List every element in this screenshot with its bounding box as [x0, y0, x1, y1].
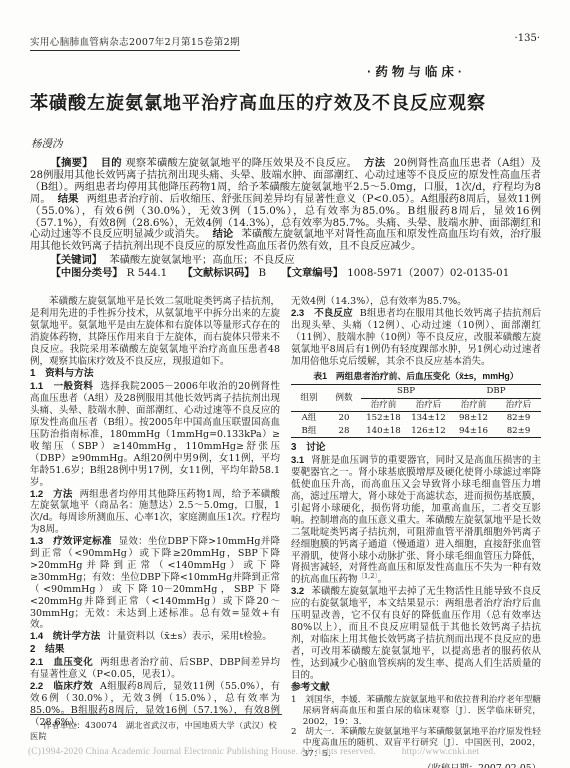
paragraph-2-2-lead: 2.2 临床疗效	[30, 681, 93, 692]
abstract-label: 【摘要】	[51, 158, 93, 169]
col-header-dbp: DBP	[451, 385, 541, 399]
clc-number: R 544.1	[127, 267, 168, 279]
paragraph-1-3-lead: 1.3 疗效评定标准	[30, 536, 112, 547]
article-id: 1008-5971（2007）02-0135-01	[347, 267, 509, 279]
cnki-copyright-footer: (C)1994-2020 China Academic Journal Elec…	[28, 747, 544, 757]
table-row: B组 28 140±18 126±12 94±16 82±9	[291, 425, 541, 438]
paragraph-2-3: 2.3 不良反应B组患者均在服用其他长效钙离子拮抗剂后出现头晕、头痛（12例）、…	[291, 308, 541, 368]
received-date: （收稿日期：2007-02-05）	[291, 763, 541, 768]
paragraph-3-1-text: 肾脏是血压调节的重要器官，同时又是高血压损害的主要靶器官之一。肾小球基底膜增厚及…	[291, 455, 541, 585]
paragraph-1-4-lead: 1.4 统计学方法	[30, 631, 100, 642]
methods-label: 方法	[364, 158, 385, 169]
left-column: 苯磺酸左旋氨氯地平是长效二氢吡啶类钙离子拮抗剂，是利用先进的手性拆分技术，从氨氯…	[30, 296, 280, 768]
col-header-n: 例数	[327, 385, 361, 412]
table-row: A组 20 152±18 134±12 98±12 82±9	[291, 412, 541, 425]
paragraph-1-1: 1.1 一般资料选择我院2005－2006年收治的20例肾性高血压患者（A组）及…	[30, 381, 280, 488]
reference-item: 1 刘国华，李媛．苯磺酸左旋氨氯地平和依拉普利治疗老年型糖尿病肾病高血压和蛋白尿…	[291, 695, 541, 727]
references-heading: 参考文献	[291, 682, 541, 694]
table-caption: 表1 两组患者治疗前、后血压变化（x̄±s，mmHg）	[291, 371, 541, 383]
cell-n-a: 20	[327, 412, 361, 425]
clc-label: 【中图分类号】	[51, 268, 123, 279]
paragraph-1-2-lead: 1.2 方法	[30, 489, 73, 500]
cell-group-a: A组	[291, 412, 327, 425]
doc-code-label: 【文献标识码】	[182, 268, 254, 279]
paragraph-3-2: 3.2苯磺酸左旋氨氯地平去掉了无生物活性且能导致不良反应的右旋氨氯地平，本文结果…	[291, 586, 541, 681]
journal-scan-page: 实用心脑肺血管病杂志2007年2月第15卷第2期 ·135· ·药物与临床· 苯…	[0, 0, 570, 768]
paragraph-3-1-lead: 3.1	[291, 455, 304, 466]
cell-dbp-pre-a: 98±12	[451, 412, 496, 425]
col-header-sbp-pre: 治疗前	[361, 398, 406, 412]
author-name: 杨漫沩	[31, 136, 63, 151]
abstract-paragraph: 【摘要】目的 观察苯磺酸左旋氨氯地平的降压效果及不良反应。方法 20例肾性高血压…	[30, 158, 541, 253]
section-column-label: ·药物与临床·	[367, 62, 466, 80]
paragraph-1-3-text: 显效：坐位DBP下降>10mmHg并降到正常（<90mmHg）或下降≥20mmH…	[30, 536, 280, 630]
col-header-dbp-pre: 治疗前	[451, 398, 496, 412]
cell-dbp-post-b: 82±9	[496, 425, 541, 438]
col-header-sbp: SBP	[361, 385, 451, 399]
table-header-row-1: 组别 例数 SBP DBP	[291, 385, 541, 399]
paragraph-3-1-end: 。	[378, 574, 388, 585]
abstract-objective: 观察苯磺酸左旋氨氯地平的降压效果及不良反应。	[125, 157, 357, 169]
journal-name: 实用心脑肺血管病杂志2007年2月第15卷第2期	[30, 34, 240, 51]
intro-paragraph: 苯磺酸左旋氨氯地平是长效二氢吡啶类钙离子拮抗剂，是利用先进的手性拆分技术，从氨氯…	[30, 296, 280, 367]
article-title: 苯磺酸左旋氨氯地平治疗高血压的疗效及不良反应观察	[30, 89, 550, 115]
paragraph-3-2-text: 苯磺酸左旋氨氯地平去掉了无生物活性且能导致不良反应的右旋氨氯地平，本文结果显示：…	[291, 586, 541, 680]
objective-label: 目的	[101, 158, 122, 169]
paragraph-2-1: 2.1 血压变化两组患者治疗前、后SBP、DBP间差异均有显著性意义（P<0.0…	[30, 657, 280, 681]
body-columns: 苯磺酸左旋氨氯地平是长效二氢吡啶类钙离子拮抗剂，是利用先进的手性拆分技术，从氨氯…	[30, 296, 541, 768]
paragraph-2-1-lead: 2.1 血压变化	[30, 657, 93, 668]
conclusion-label: 结论	[213, 229, 234, 240]
col-header-dbp-post: 治疗后	[496, 398, 541, 412]
section-heading-2: 2 结果	[30, 644, 280, 656]
paragraph-3-1: 3.1肾脏是血压调节的重要器官，同时又是高血压损害的主要靶器官之一。肾小球基底膜…	[291, 455, 541, 586]
cell-sbp-pre-a: 152±18	[361, 412, 406, 425]
section-heading-3: 3 讨论	[291, 442, 541, 454]
cell-sbp-post-b: 126±12	[406, 425, 451, 438]
cell-n-b: 28	[327, 425, 361, 438]
page-number: ·135·	[515, 33, 540, 44]
right-column: 无效4例（14.3%），总有效率为85.7%。 2.3 不良反应B组患者均在服用…	[291, 296, 541, 768]
citation-superscript: 〔1,2〕	[358, 572, 378, 580]
cell-dbp-post-a: 82±9	[496, 412, 541, 425]
results-label: 结果	[58, 194, 79, 205]
paragraph-1-2: 1.2 方法两组患者均停用其他降压药物1周，给予苯磺酸左旋氨氯地平（商品名：施慧…	[30, 489, 280, 537]
section-heading-1: 1 资料与方法	[30, 368, 280, 380]
col-header-group: 组别	[291, 385, 327, 412]
author-affiliation-footnote: 作者单位：430074 湖北省武汉市，中国地质大学（武汉）校医院	[30, 714, 282, 742]
keywords-line: 【关键词】 苯磺酸左旋氨氯地平；高血压；不良反应	[30, 255, 541, 267]
paragraph-1-3: 1.3 疗效评定标准显效：坐位DBP下降>10mmHg并降到正常（<90mmHg…	[30, 536, 280, 631]
keywords-label: 【关键词】	[51, 255, 102, 266]
doc-code: B	[259, 267, 267, 279]
paragraph-3-2-lead: 3.2	[291, 586, 304, 597]
cell-dbp-pre-b: 94±16	[451, 425, 496, 438]
cell-sbp-pre-b: 140±18	[361, 425, 406, 438]
cnki-url: http://www.cnki.net	[402, 747, 480, 757]
keywords-text: 苯磺酸左旋氨氯地平；高血压；不良反应	[109, 254, 294, 266]
copyright-text: (C)1994-2020 China Academic Journal Elec…	[28, 747, 376, 757]
abstract-block: 【摘要】目的 观察苯磺酸左旋氨氯地平的降压效果及不良反应。方法 20例肾性高血压…	[30, 158, 541, 280]
paragraph-1-1-lead: 1.1 一般资料	[30, 381, 93, 392]
article-id-label: 【文章编号】	[281, 268, 343, 279]
cell-sbp-post-a: 134±12	[406, 412, 451, 425]
paragraph-1-4: 1.4 统计学方法计量资料以（x̄±s）表示，采用t检验。	[30, 631, 280, 643]
paragraph-1-1-text: 选择我院2005－2006年收治的20例肾性高血压患者（A组）及28例服用其他长…	[30, 381, 280, 487]
cell-group-b: B组	[291, 425, 327, 438]
continuation-paragraph: 无效4例（14.3%），总有效率为85.7%。	[291, 296, 541, 308]
paragraph-2-3-lead: 2.3 不良反应	[291, 308, 353, 319]
col-header-sbp-post: 治疗后	[406, 398, 451, 412]
paragraph-1-4-text: 计量资料以（x̄±s）表示，采用t检验。	[107, 631, 272, 642]
meta-line: 【中图分类号】R 544.1 【文献标识码】B 【文章编号】1008-5971（…	[30, 268, 541, 280]
blood-pressure-table: 组别 例数 SBP DBP 治疗前 治疗后 治疗前 治疗后 A组	[291, 384, 541, 438]
